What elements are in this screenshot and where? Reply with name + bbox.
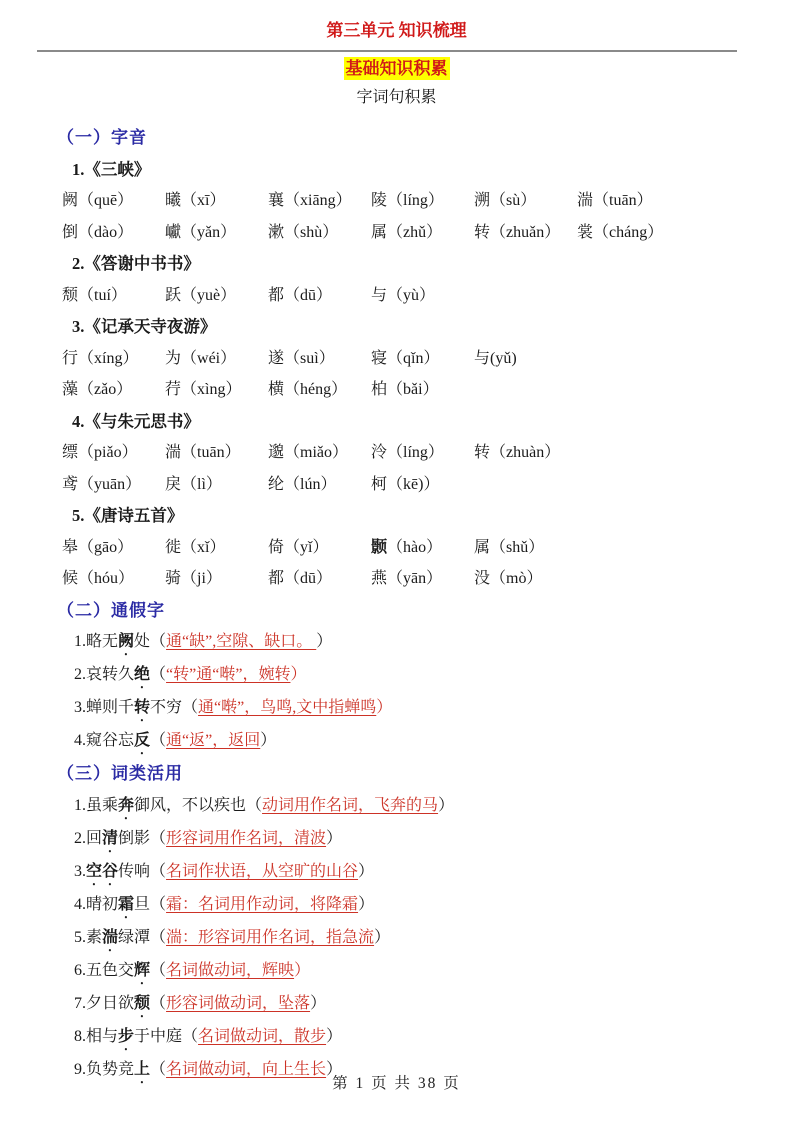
item-text: ） <box>260 732 276 749</box>
item-text: （ <box>150 962 166 979</box>
pinyin-entry: 柏（bǎi） <box>371 374 467 406</box>
emphasized-char: 转 <box>134 699 150 716</box>
pinyin-row: 行（xíng）为（wéi）遂（suì）寝（qǐn）与(yǔ) <box>57 343 753 375</box>
pinyin-row: 颓（tuí）跃（yuè）都（dū）与（yù） <box>57 280 753 312</box>
item-text: 2.哀转久 <box>74 666 134 683</box>
pinyin-entry: 漱（shù） <box>268 217 364 249</box>
reading: （zhuǎn） <box>490 224 560 241</box>
item-line: 2.哀转久绝（“转”通“啭”，婉转） <box>57 659 753 692</box>
item-text: 6.五色交 <box>74 962 134 979</box>
character: 纶 <box>268 476 284 493</box>
pinyin-entry: 湍（tuān） <box>577 185 673 217</box>
item-text: ） <box>326 1028 342 1045</box>
item-text: ） <box>374 929 390 946</box>
pinyin-entry: 戾（lì） <box>165 469 261 501</box>
reading: （dào） <box>78 224 133 241</box>
answer-text: 通“返”，返回 <box>166 732 260 749</box>
pinyin-entry: 陵（líng） <box>371 185 467 217</box>
character: 燕 <box>371 570 387 587</box>
item-line: 4.晴初霜旦（霜：名词用作动词，将降霜） <box>57 889 753 922</box>
answer-text: 名词作状语，从空旷的山谷 <box>166 863 358 880</box>
character: 邈 <box>268 444 284 461</box>
pinyin-entry: 骑（ji） <box>165 563 261 595</box>
pinyin-entry: 曦（xī） <box>165 185 261 217</box>
character: 都 <box>268 570 284 587</box>
reading: （lún） <box>284 476 336 493</box>
character: 倚 <box>268 539 284 556</box>
emphasized-char: 湍 <box>102 929 118 946</box>
character: 转 <box>474 224 490 241</box>
group-title: 2.《答谢中书书》 <box>57 248 753 280</box>
item-line: 4.窥谷忘反（通“返”，返回） <box>57 725 753 758</box>
pinyin-entry: 徙（xǐ） <box>165 532 261 564</box>
section-heading-huoyong: （三）词类活用 <box>57 758 753 790</box>
character: 皋 <box>62 539 78 556</box>
character: 行 <box>62 350 78 367</box>
item-text: （ <box>150 995 166 1012</box>
item-text: 御风，不以疾也（ <box>134 797 262 814</box>
reading: （zhǔ） <box>387 224 442 241</box>
pinyin-row: 皋（gāo）徙（xǐ）倚（yǐ）颢（hào）属（shǔ） <box>57 532 753 564</box>
character: 泠 <box>371 444 387 461</box>
character: 颓 <box>62 287 78 304</box>
pinyin-entry: 柯（kē)） <box>371 469 467 501</box>
item-line: 8.相与步于中庭（名词做动词，散步） <box>57 1021 753 1054</box>
item-text: ） <box>294 962 310 979</box>
pinyin-entry: 与(yǔ) <box>474 343 570 375</box>
pinyin-entry: 颓（tuí） <box>62 280 158 312</box>
pinyin-entry: 横（héng） <box>268 374 364 406</box>
footer-page-number: 第 1 页 共 38 页 <box>0 1071 793 1093</box>
character: 横 <box>268 381 284 398</box>
pinyin-entry: 遂（suì） <box>268 343 364 375</box>
item-text: 倒影（ <box>118 830 166 847</box>
item-line: 7.夕日欲颓（形容词做动词，坠落） <box>57 988 753 1021</box>
reading: （dū） <box>284 287 332 304</box>
character: 徙 <box>165 539 181 556</box>
reading: （tuí） <box>78 287 127 304</box>
reading: （yǐ） <box>284 539 328 556</box>
reading: （yǎn） <box>181 224 236 241</box>
answer-text: 霜：名词用作动词，将降霜 <box>166 896 358 913</box>
item-text: 3.蝉则千 <box>74 699 134 716</box>
emphasized-char: 清 <box>102 830 118 847</box>
character: 与 <box>371 287 387 304</box>
item-text: ） <box>326 830 342 847</box>
pinyin-row: 候（hóu）骑（ji）都（dū）燕（yān）没（mò） <box>57 563 753 595</box>
answer-text: 湍：形容词用作名词，指急流 <box>166 929 374 946</box>
reading: （tuān） <box>593 192 653 209</box>
item-text: ） <box>376 699 392 716</box>
pinyin-entry: 属（shǔ） <box>474 532 570 564</box>
character: 鸢 <box>62 476 78 493</box>
character: 柯 <box>371 476 387 493</box>
answer-text: “转”通“啭”，婉转 <box>166 666 290 683</box>
group-title: 1.《三峡》 <box>57 154 753 186</box>
pinyin-entry: 寝（qǐn） <box>371 343 467 375</box>
reading: （zǎo） <box>78 381 132 398</box>
pinyin-entry: 为（wéi） <box>165 343 261 375</box>
reading: （hào） <box>387 539 442 556</box>
item-text: （ <box>150 666 166 683</box>
reading: （suì） <box>284 350 335 367</box>
item-text: 5.素 <box>74 929 102 946</box>
section-heading-phonetics: （一）字音 <box>57 122 753 154</box>
pinyin-row: 鸢（yuān）戾（lì）纶（lún）柯（kē)） <box>57 469 753 501</box>
pinyin-entry: 颢（hào） <box>371 532 467 564</box>
reading: （gāo） <box>78 539 133 556</box>
character: 骑 <box>165 570 181 587</box>
reading: （yuān） <box>78 476 141 493</box>
reading: （yù） <box>387 287 435 304</box>
pinyin-entry: 襄（xiāng） <box>268 185 364 217</box>
answer-text: 名词做动词，辉映 <box>166 962 294 979</box>
character: 跃 <box>165 287 181 304</box>
item-text: 2.回 <box>74 830 102 847</box>
answer-text: 形容词用作名词，清波 <box>166 830 326 847</box>
pinyin-row: 阙（quē）曦（xī）襄（xiāng）陵（líng）溯（sù）湍（tuān） <box>57 185 753 217</box>
character: 没 <box>474 570 490 587</box>
pinyin-entry: 行（xíng） <box>62 343 158 375</box>
reading: （qǐn） <box>387 350 439 367</box>
page-title: 第三单元 知识梳理 <box>0 0 793 43</box>
item-line: 6.五色交辉（名词做动词，辉映） <box>57 955 753 988</box>
pinyin-entry: 纶（lún） <box>268 469 364 501</box>
character: 与 <box>474 350 490 367</box>
character: 寝 <box>371 350 387 367</box>
reading: （tuān） <box>181 444 241 461</box>
item-text: 处（ <box>134 633 166 650</box>
pinyin-entry: 邈（miǎo） <box>268 437 364 469</box>
group-title: 5.《唐诗五首》 <box>57 500 753 532</box>
pinyin-entry: 跃（yuè） <box>165 280 261 312</box>
reading: （lì） <box>181 476 222 493</box>
item-line: 1.虽乘奔御风，不以疾也（动词用作名词，飞奔的马） <box>57 790 753 823</box>
character: 襄 <box>268 192 284 209</box>
item-text: 3. <box>74 863 86 880</box>
group-title: 4.《与朱元思书》 <box>57 406 753 438</box>
pinyin-entry: 缥（piǎo） <box>62 437 158 469</box>
answer-text: 名词做动词，散步 <box>198 1028 326 1045</box>
highlighted-banner: 基础知识积累 <box>344 57 450 80</box>
character: 溯 <box>474 192 490 209</box>
header-divider <box>37 50 737 52</box>
page-subtitle: 字词句积累 <box>0 87 793 109</box>
pinyin-entry: 阙（quē） <box>62 185 158 217</box>
reading: （yuè） <box>181 287 236 304</box>
character: 倒 <box>62 224 78 241</box>
character: 缥 <box>62 444 78 461</box>
reading: （cháng） <box>593 224 663 241</box>
emphasized-char: 步 <box>118 1028 134 1045</box>
character: 颢 <box>371 539 387 556</box>
character: 戾 <box>165 476 181 493</box>
reading: （shù） <box>284 224 338 241</box>
item-text: 绿潭（ <box>118 929 166 946</box>
pinyin-row: 缥（piǎo）湍（tuān）邈（miǎo）泠（líng）转（zhuàn） <box>57 437 753 469</box>
reading: （xíng） <box>78 350 138 367</box>
character: 都 <box>268 287 284 304</box>
reading: （héng） <box>284 381 347 398</box>
item-line: 3.空谷传响（名词作状语，从空旷的山谷） <box>57 856 753 889</box>
group-title: 3.《记承天寺夜游》 <box>57 311 753 343</box>
pinyin-entry: 没（mò） <box>474 563 570 595</box>
character: 湍 <box>165 444 181 461</box>
pinyin-entry: 泠（líng） <box>371 437 467 469</box>
document-page: 第三单元 知识梳理 基础知识积累 字词句积累 （一）字音 1.《三峡》阙（quē… <box>0 0 793 1122</box>
reading: （xǐ） <box>181 539 225 556</box>
character: 湍 <box>577 192 593 209</box>
section-huoyong: 1.虽乘奔御风，不以疾也（动词用作名词，飞奔的马）2.回清倒影（形容词用作名词，… <box>57 790 753 1087</box>
reading: （xī） <box>181 192 225 209</box>
character: 漱 <box>268 224 284 241</box>
item-text: 4.窥谷忘 <box>74 732 134 749</box>
pinyin-row: 藻（zǎo）荇（xìng）横（héng）柏（bǎi） <box>57 374 753 406</box>
pinyin-entry: 皋（gāo） <box>62 532 158 564</box>
item-text: 传响（ <box>118 863 166 880</box>
reading: （yān） <box>387 570 442 587</box>
reading: （mò） <box>490 570 542 587</box>
pinyin-entry: 倒（dào） <box>62 217 158 249</box>
answer-text: 通“啭”，鸟鸣,文中指蝉鸣 <box>198 699 376 716</box>
emphasized-char: 辉 <box>134 962 150 979</box>
emphasized-char: 奔 <box>118 797 134 814</box>
reading: （quē） <box>78 192 133 209</box>
character: 候 <box>62 570 78 587</box>
reading: （bǎi） <box>387 381 439 398</box>
item-text: ） <box>438 797 454 814</box>
character: 遂 <box>268 350 284 367</box>
item-text: 不穷（ <box>150 699 198 716</box>
item-line: 5.素湍绿潭（湍：形容词用作名词，指急流） <box>57 922 753 955</box>
reading: （xiāng） <box>284 192 352 209</box>
pinyin-entry: 溯（sù） <box>474 185 570 217</box>
answer-text: 形容词做动词，坠落 <box>166 995 310 1012</box>
reading: （kē)） <box>387 476 439 493</box>
item-text: ） <box>290 666 306 683</box>
reading: （dū） <box>284 570 332 587</box>
reading: （shǔ） <box>490 539 544 556</box>
reading: （piǎo） <box>78 444 138 461</box>
item-text: 1.虽乘 <box>74 797 118 814</box>
answer-text: 通“缺”,空隙、缺口。 <box>166 633 316 650</box>
pinyin-row: 倒（dào）巘（yǎn）漱（shù）属（zhǔ）转（zhuǎn）裳（cháng） <box>57 217 753 249</box>
pinyin-entry: 转（zhuǎn） <box>474 217 570 249</box>
item-text: 4.晴初 <box>74 896 118 913</box>
pinyin-entry: 燕（yān） <box>371 563 467 595</box>
item-text: 于中庭（ <box>134 1028 198 1045</box>
reading: （wéi） <box>181 350 236 367</box>
item-text: 7.夕日欲 <box>74 995 134 1012</box>
reading: （hóu） <box>78 570 134 587</box>
pinyin-entry: 都（dū） <box>268 280 364 312</box>
character: 柏 <box>371 381 387 398</box>
answer-text: 动词用作名词，飞奔的马 <box>262 797 438 814</box>
pinyin-entry: 与（yù） <box>371 280 467 312</box>
emphasized-char: 反 <box>134 732 150 749</box>
pinyin-entry: 湍（tuān） <box>165 437 261 469</box>
pinyin-entry: 裳（cháng） <box>577 217 673 249</box>
pinyin-entry: 巘（yǎn） <box>165 217 261 249</box>
character: 裳 <box>577 224 593 241</box>
item-line: 1.略无阙处（通“缺”,空隙、缺口。 ） <box>57 626 753 659</box>
item-text: 旦（ <box>134 896 166 913</box>
character: 陵 <box>371 192 387 209</box>
section-phonetics: 1.《三峡》阙（quē）曦（xī）襄（xiāng）陵（líng）溯（sù）湍（t… <box>57 154 753 595</box>
emphasized-char: 绝 <box>134 666 150 683</box>
item-text: ） <box>310 995 326 1012</box>
pinyin-entry: 鸢（yuān） <box>62 469 158 501</box>
emphasized-char: 颓 <box>134 995 150 1012</box>
emphasized-char: 阙 <box>118 633 134 650</box>
character: 荇 <box>165 381 181 398</box>
character: 阙 <box>62 192 78 209</box>
item-text: ） <box>316 633 332 650</box>
item-text: ） <box>358 863 374 880</box>
reading: （sù） <box>490 192 536 209</box>
pinyin-entry: 荇（xìng） <box>165 374 261 406</box>
item-line: 3.蝉则千转不穷（通“啭”，鸟鸣,文中指蝉鸣） <box>57 692 753 725</box>
character: 曦 <box>165 192 181 209</box>
section-tongjiazi: 1.略无阙处（通“缺”,空隙、缺口。 ）2.哀转久绝（“转”通“啭”，婉转）3.… <box>57 626 753 758</box>
reading: （xìng） <box>181 381 241 398</box>
character: 属 <box>371 224 387 241</box>
character: 藻 <box>62 381 78 398</box>
reading: （miǎo） <box>284 444 348 461</box>
pinyin-entry: 藻（zǎo） <box>62 374 158 406</box>
character: 巘 <box>165 224 181 241</box>
reading: （líng） <box>387 444 444 461</box>
pinyin-entry: 属（zhǔ） <box>371 217 467 249</box>
character: 为 <box>165 350 181 367</box>
character: 转 <box>474 444 490 461</box>
emphasized-char: 霜 <box>118 896 134 913</box>
pinyin-entry: 倚（yǐ） <box>268 532 364 564</box>
item-text: 8.相与 <box>74 1028 118 1045</box>
document-body: （一）字音 1.《三峡》阙（quē）曦（xī）襄（xiāng）陵（líng）溯（… <box>0 122 793 1087</box>
item-text: 1.略无 <box>74 633 118 650</box>
pinyin-entry: 候（hóu） <box>62 563 158 595</box>
item-text: （ <box>150 732 166 749</box>
item-line: 2.回清倒影（形容词用作名词，清波） <box>57 823 753 856</box>
pinyin-entry: 转（zhuàn） <box>474 437 570 469</box>
emphasized-char: 空谷 <box>86 863 118 880</box>
pinyin-entry: 都（dū） <box>268 563 364 595</box>
reading: （ji） <box>181 570 222 587</box>
section-heading-tongjiazi: （二）通假字 <box>57 595 753 627</box>
character: 属 <box>474 539 490 556</box>
reading: （líng） <box>387 192 444 209</box>
reading: （zhuàn） <box>490 444 560 461</box>
reading: (yǔ) <box>490 350 517 367</box>
banner-row: 基础知识积累 <box>0 57 793 80</box>
item-text: ） <box>358 896 374 913</box>
